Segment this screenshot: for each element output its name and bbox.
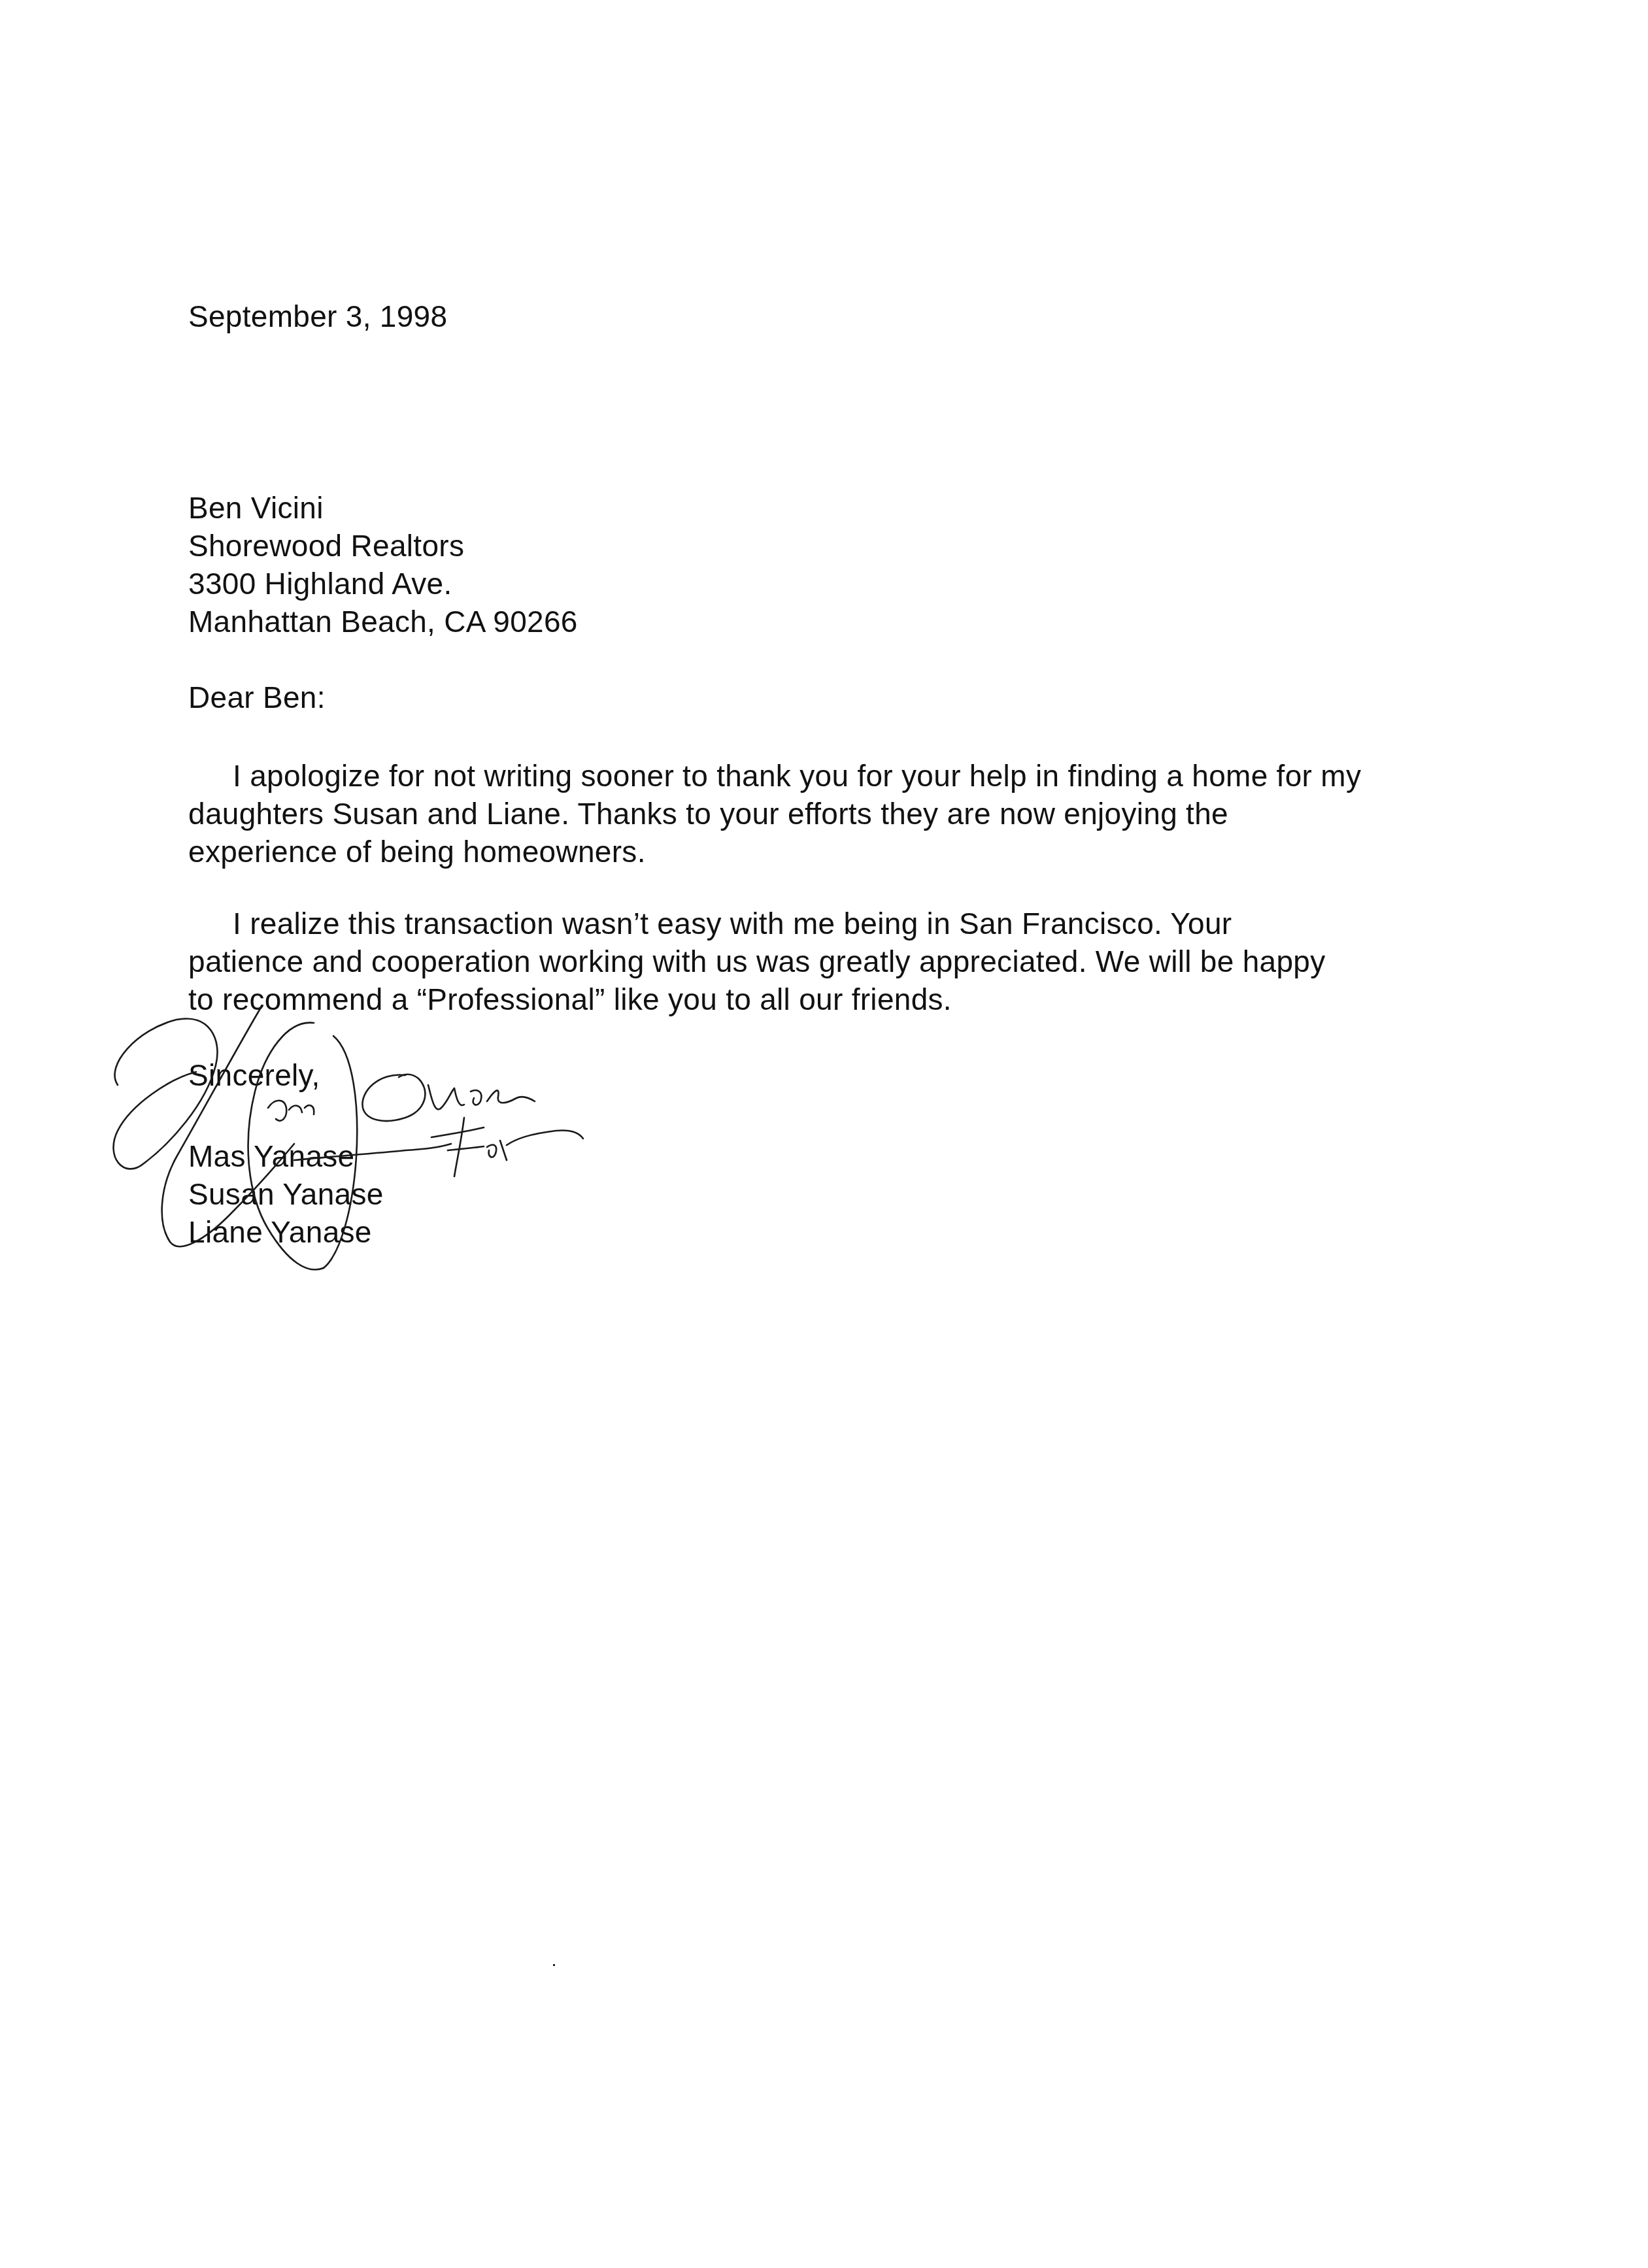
letter-page: September 3, 1998 Ben Vicini Shorewood R… <box>0 0 1648 2268</box>
salutation: Dear Ben: <box>188 678 326 716</box>
signer-name: Susan Yanase <box>188 1175 384 1213</box>
closing: Sincerely, <box>188 1056 320 1094</box>
recipient-city-state-zip: Manhattan Beach, CA 90266 <box>188 603 578 641</box>
scan-speck <box>553 1964 555 1966</box>
recipient-company: Shorewood Realtors <box>188 527 578 565</box>
recipient-name: Ben Vicini <box>188 489 578 527</box>
signer-name: Liane Yanase <box>188 1213 384 1251</box>
recipient-street: 3300 Highland Ave. <box>188 565 578 603</box>
body-paragraph-2: I realize this transaction wasn’t easy w… <box>188 905 1496 1018</box>
signer-name: Mas Yanase <box>188 1137 384 1175</box>
paragraph-line: daughters Susan and Liane. Thanks to you… <box>188 795 1496 833</box>
paragraph-line: experience of being homeowners. <box>188 833 1496 871</box>
recipient-address-block: Ben Vicini Shorewood Realtors 3300 Highl… <box>188 489 578 641</box>
signers-block: Mas Yanase Susan Yanase Liane Yanase <box>188 1137 384 1251</box>
paragraph-line: to recommend a “Professional” like you t… <box>188 980 1496 1018</box>
body-paragraph-1: I apologize for not writing sooner to th… <box>188 757 1496 871</box>
paragraph-line: I realize this transaction wasn’t easy w… <box>188 905 1496 942</box>
paragraph-line: patience and cooperation working with us… <box>188 942 1496 980</box>
letter-date: September 3, 1998 <box>188 297 447 335</box>
paragraph-line: I apologize for not writing sooner to th… <box>188 757 1496 795</box>
